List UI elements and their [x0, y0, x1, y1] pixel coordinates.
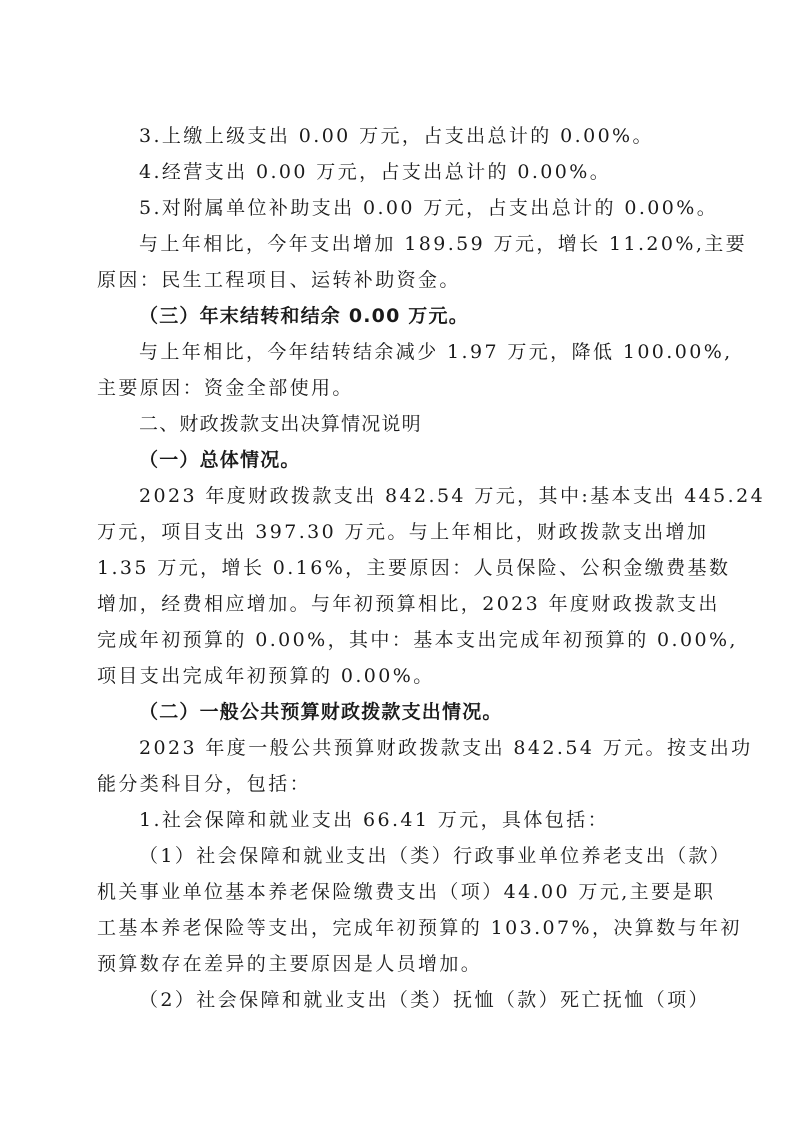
social-security-sub1-line-2: 机关事业单位基本养老保险缴费支出（项）44.00 万元,主要是职 [97, 874, 699, 910]
overall-paragraph-line-1: 2023 年度财政拨款支出 842.54 万元，其中:基本支出 445.24 [97, 478, 699, 514]
overall-paragraph-line-5: 完成年初预算的 0.00%，其中：基本支出完成年初预算的 0.00%, [97, 622, 699, 658]
overall-paragraph-line-6: 项目支出完成年初预算的 0.00%。 [97, 658, 699, 694]
overall-paragraph-line-3: 1.35 万元，增长 0.16%，主要原因：人员保险、公积金缴费基数 [97, 550, 699, 586]
social-security-sub1-line-4: 预算数存在差异的主要原因是人员增加。 [97, 946, 699, 982]
carryover-comparison-line-2: 主要原因：资金全部使用。 [97, 370, 699, 406]
section-heading-carryover: （三）年末结转和结余 0.00 万元。 [97, 298, 699, 334]
general-budget-line-2: 能分类科目分，包括： [97, 766, 699, 802]
social-security-sub1-line-3: 工基本养老保险等支出，完成年初预算的 103.07%，决算数与年初 [97, 910, 699, 946]
document-page: 3.上缴上级支出 0.00 万元，占支出总计的 0.00%。 4.经营支出 0.… [97, 118, 699, 1018]
overall-paragraph-line-4: 增加，经费相应增加。与年初预算相比，2023 年度财政拨款支出 [97, 586, 699, 622]
social-security-item-heading: 1.社会保障和就业支出 66.41 万元，具体包括： [97, 802, 699, 838]
expense-item-5: 5.对附属单位补助支出 0.00 万元，占支出总计的 0.00%。 [97, 190, 699, 226]
expense-comparison-line-2: 原因：民生工程项目、运转补助资金。 [97, 262, 699, 298]
overall-paragraph-line-2: 万元，项目支出 397.30 万元。与上年相比，财政拨款支出增加 [97, 514, 699, 550]
section-heading-general-budget: （二）一般公共预算财政拨款支出情况。 [97, 694, 699, 730]
general-budget-line-1: 2023 年度一般公共预算财政拨款支出 842.54 万元。按支出功 [97, 730, 699, 766]
expense-item-4: 4.经营支出 0.00 万元，占支出总计的 0.00%。 [97, 154, 699, 190]
carryover-comparison-line-1: 与上年相比，今年结转结余减少 1.97 万元，降低 100.00%, [97, 334, 699, 370]
expense-comparison-line-1: 与上年相比，今年支出增加 189.59 万元，增长 11.20%,主要 [97, 226, 699, 262]
social-security-sub1-line-1: （1）社会保障和就业支出（类）行政事业单位养老支出（款） [97, 838, 699, 874]
chapter-heading-fiscal-appropriation: 二、财政拨款支出决算情况说明 [97, 406, 699, 442]
social-security-sub2-line-1: （2）社会保障和就业支出（类）抚恤（款）死亡抚恤（项） [97, 982, 699, 1018]
section-heading-overall: （一）总体情况。 [97, 442, 699, 478]
expense-item-3: 3.上缴上级支出 0.00 万元，占支出总计的 0.00%。 [97, 118, 699, 154]
